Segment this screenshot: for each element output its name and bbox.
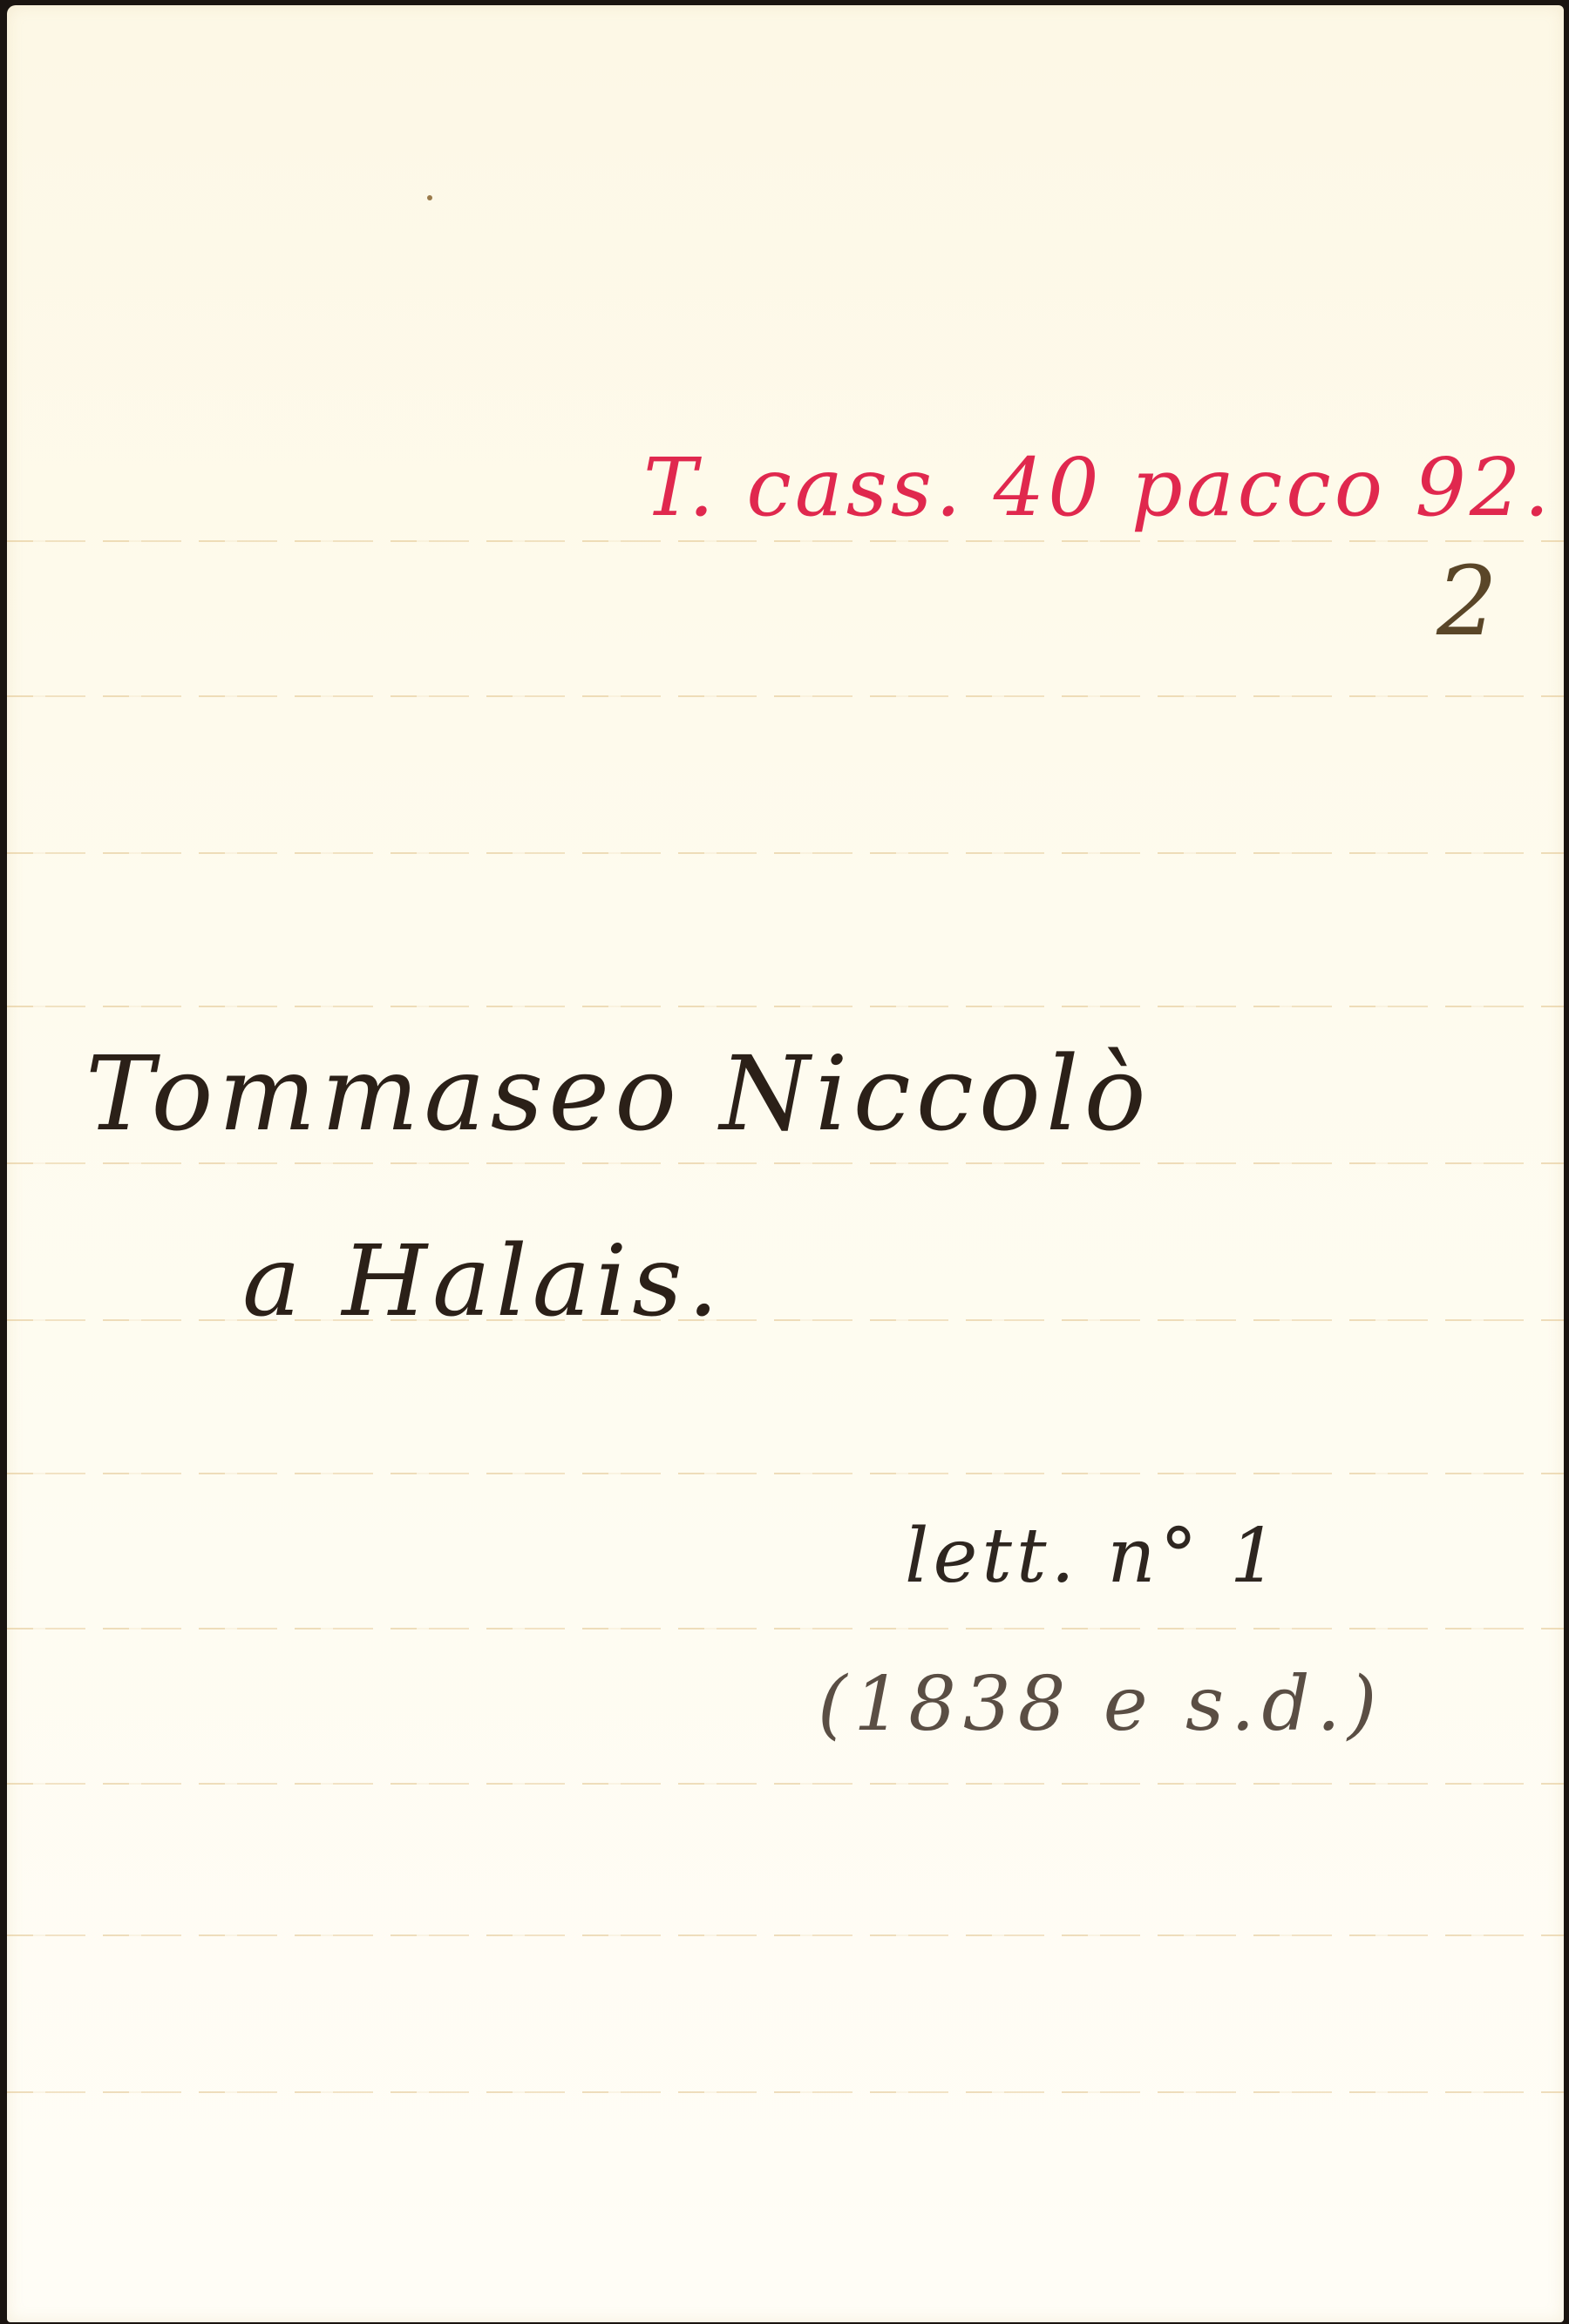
ruled-line [7, 1162, 1564, 1164]
ruled-line [7, 1934, 1564, 1936]
shelfmark: T. cass. 40 pacco 92. [643, 441, 1553, 534]
ruled-line [7, 1473, 1564, 1474]
ruled-line [7, 695, 1564, 697]
ruled-line [7, 1006, 1564, 1007]
date-range: (1838 e s.d.) [818, 1661, 1383, 1748]
letters-count: lett. n° 1 [905, 1513, 1282, 1600]
paper-speck [427, 195, 432, 200]
recipient-heading: a Halais. [242, 1225, 723, 1338]
ruled-line [7, 540, 1564, 542]
ruled-line [7, 1628, 1564, 1630]
correspondent-heading: Tommaseo Niccolò [85, 1033, 1151, 1154]
ruled-line [7, 2091, 1564, 2093]
ruled-line [7, 1319, 1564, 1321]
ruled-line [7, 852, 1564, 854]
ruled-line [7, 1783, 1564, 1785]
shelfmark-subnumber: 2 [1437, 545, 1498, 657]
archive-index-card: T. cass. 40 pacco 92. 2 Tommaseo Niccolò… [7, 5, 1564, 2322]
